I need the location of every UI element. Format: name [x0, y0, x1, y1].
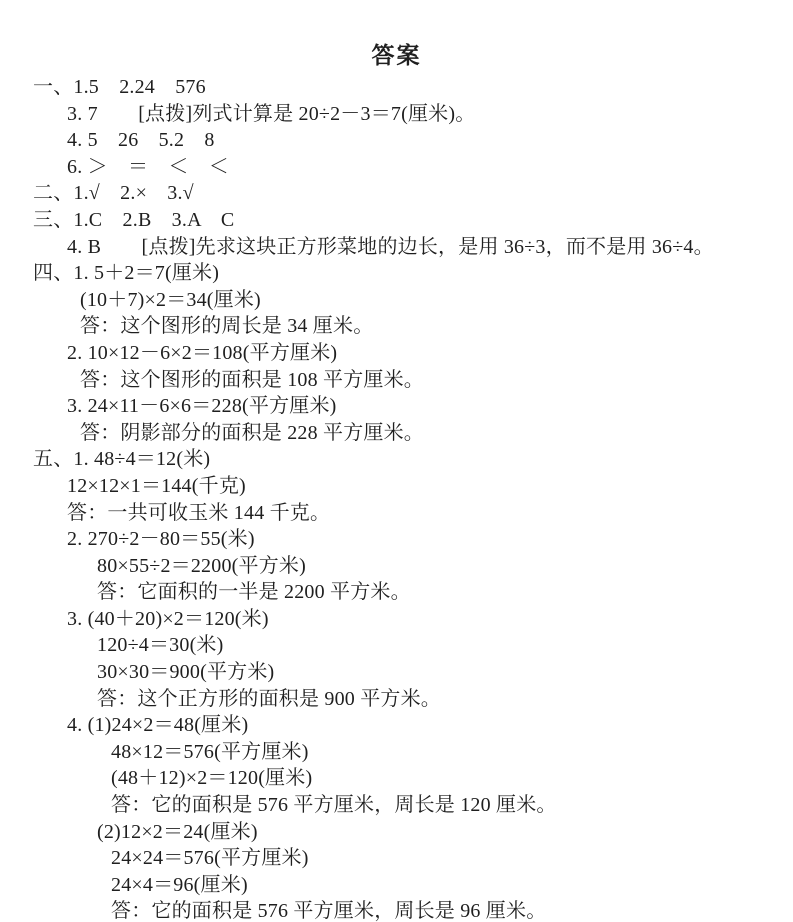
answer-line: (2)12×2＝24(厘米): [0, 819, 793, 846]
answer-line: 三、1.C 2.B 3.A C: [0, 207, 793, 234]
answer-line: 答：它面积的一半是 2200 平方米。: [0, 579, 793, 606]
answer-line: 2. 10×12－6×2＝108(平方厘米): [0, 340, 793, 367]
answer-line: 答：这个图形的周长是 34 厘米。: [0, 313, 793, 340]
answer-line: 答：它的面积是 576 平方厘米，周长是 96 厘米。: [0, 898, 793, 922]
answer-line: 答：这个正方形的面积是 900 平方米。: [0, 686, 793, 713]
answer-line: 答：阴影部分的面积是 228 平方厘米。: [0, 420, 793, 447]
answer-line: 3. 7 [点拨]列式计算是 20÷2－3＝7(厘米)。: [0, 101, 793, 128]
answer-line: 4. 5 26 5.2 8: [0, 127, 793, 154]
answer-line: 3. (40＋20)×2＝120(米): [0, 606, 793, 633]
answer-line: 4. (1)24×2＝48(厘米): [0, 712, 793, 739]
answer-line: 30×30＝900(平方米): [0, 659, 793, 686]
answer-line: 答：一共可收玉米 144 千克。: [0, 500, 793, 527]
answer-line: 答：它的面积是 576 平方厘米，周长是 120 厘米。: [0, 792, 793, 819]
answer-line: 五、1. 48÷4＝12(米): [0, 446, 793, 473]
answer-line: 答：这个图形的面积是 108 平方厘米。: [0, 367, 793, 394]
answer-line: 6. ＞ ＝ ＜ ＜: [0, 154, 793, 181]
answer-lines: 一、1.5 2.24 5763. 7 [点拨]列式计算是 20÷2－3＝7(厘米…: [0, 74, 793, 922]
answer-line: 4. B [点拨]先求这块正方形菜地的边长，是用 36÷3，而不是用 36÷4。: [0, 234, 793, 261]
answer-line: 二、1.√ 2.× 3.√: [0, 180, 793, 207]
answer-line: 一、1.5 2.24 576: [0, 74, 793, 101]
answer-line: 120÷4＝30(米): [0, 632, 793, 659]
answer-line: 2. 270÷2－80＝55(米): [0, 526, 793, 553]
page-title: 答案: [0, 42, 793, 69]
document-page: 答案 一、1.5 2.24 5763. 7 [点拨]列式计算是 20÷2－3＝7…: [0, 0, 793, 922]
answer-line: 四、1. 5＋2＝7(厘米): [0, 260, 793, 287]
answer-line: 48×12＝576(平方厘米): [0, 739, 793, 766]
answer-line: 80×55÷2＝2200(平方米): [0, 553, 793, 580]
answer-line: 24×4＝96(厘米): [0, 872, 793, 899]
answer-line: (48＋12)×2＝120(厘米): [0, 765, 793, 792]
answer-line: (10＋7)×2＝34(厘米): [0, 287, 793, 314]
answer-line: 12×12×1＝144(千克): [0, 473, 793, 500]
answer-line: 24×24＝576(平方厘米): [0, 845, 793, 872]
answer-line: 3. 24×11－6×6＝228(平方厘米): [0, 393, 793, 420]
